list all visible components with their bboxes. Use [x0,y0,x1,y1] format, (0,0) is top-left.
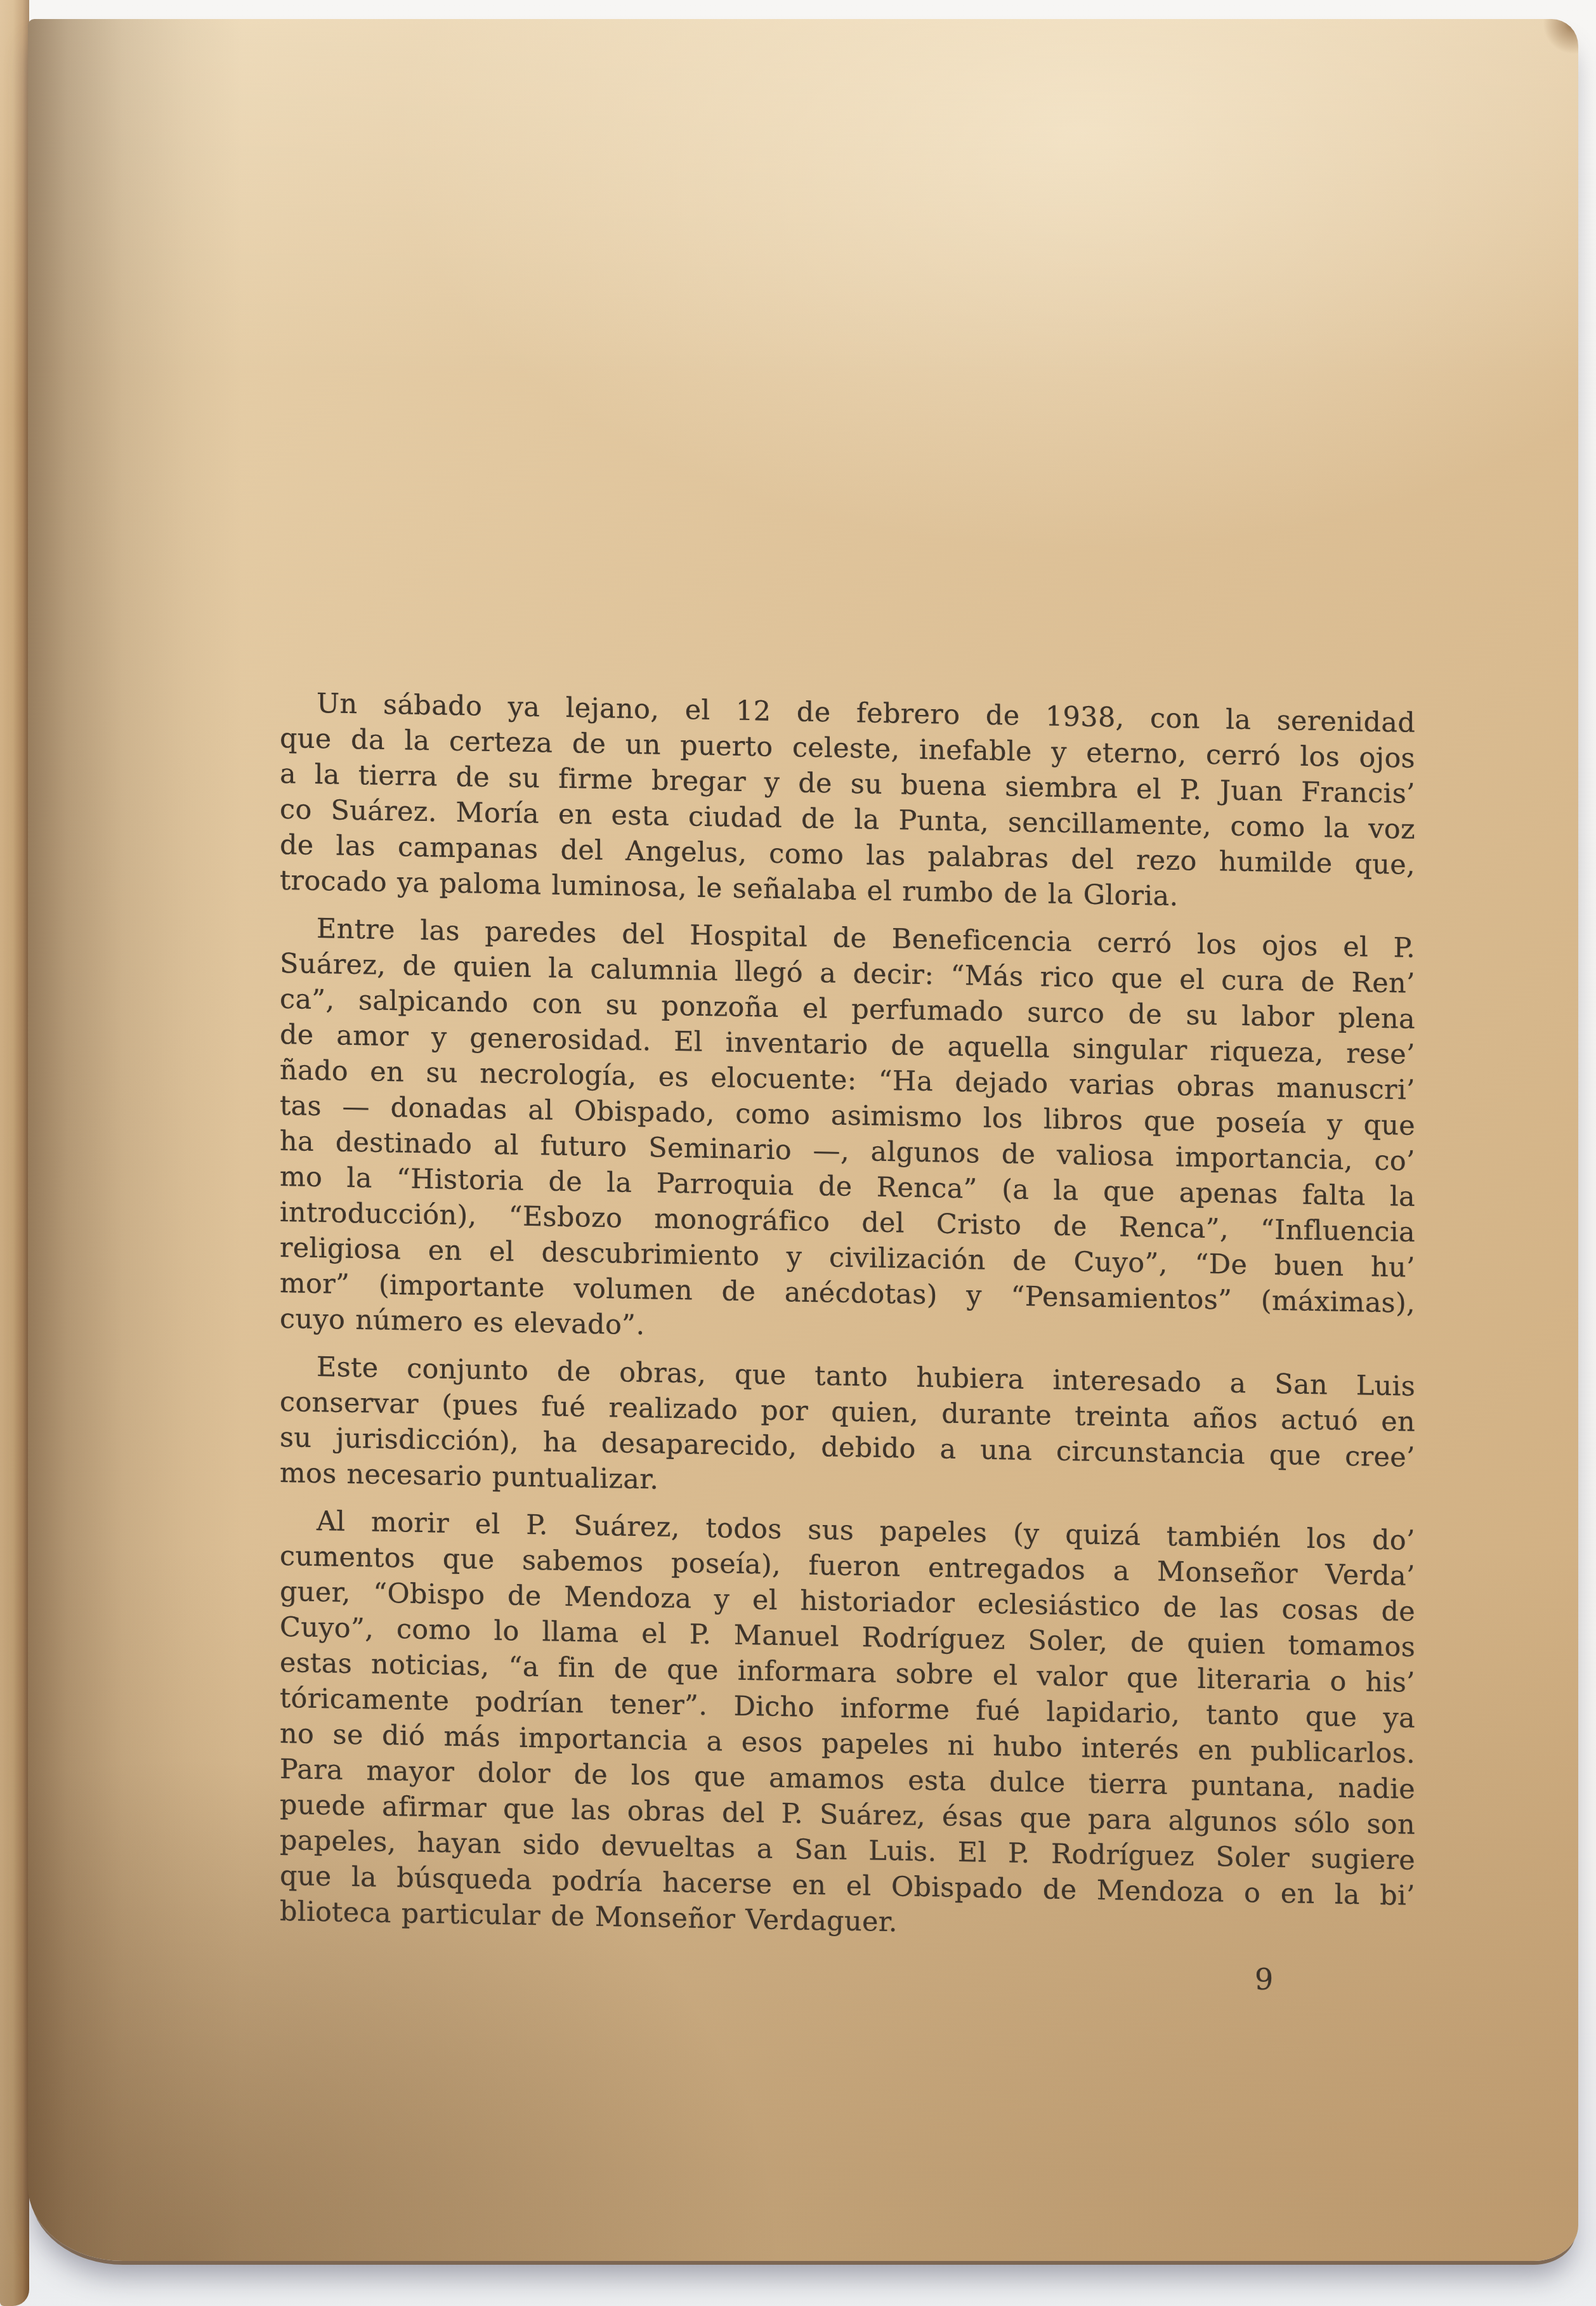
adjacent-page-edge [0,0,29,2306]
text-block: Un sábado ya lejano, el 12 de febrero de… [280,685,1415,1949]
paragraph: Al morir el P. Suárez, todos sus papeles… [280,1503,1415,1949]
paragraph: Entre las paredes del Hospital de Benefi… [280,910,1415,1357]
book-page: Un sábado ya lejano, el 12 de febrero de… [28,19,1578,2261]
paragraph: Un sábado ya lejano, el 12 de febrero de… [280,685,1415,919]
page-number: 9 [1255,1962,1273,1997]
paragraph: Este conjunto de obras, que tanto hubier… [280,1349,1415,1511]
